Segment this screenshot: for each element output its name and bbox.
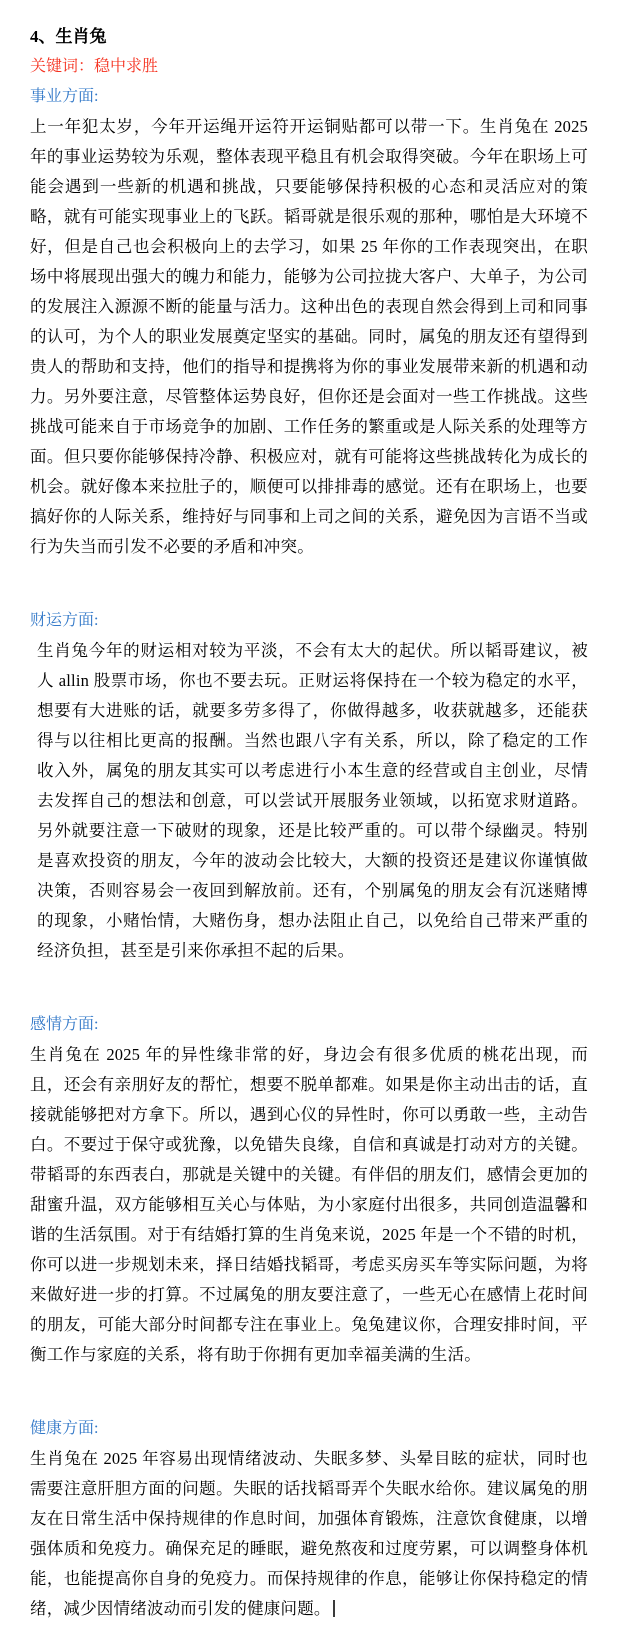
section-health: 健康方面: 生肖兔在 2025 年容易出现情绪波动、失眠多梦、头晕目眩的症状，同… <box>30 1414 588 1624</box>
section-health-heading: 健康方面: <box>30 1414 588 1444</box>
section-wealth-heading: 财运方面: <box>30 606 588 636</box>
section-love: 感情方面: 生肖兔在 2025 年的异性缘非常的好，身边会有很多优质的桃花出现，… <box>30 1010 588 1370</box>
section-wealth-body: 生肖兔今年的财运相对较为平淡，不会有太大的起伏。所以韬哥建议，被人 allin … <box>30 636 588 966</box>
section-health-body: 生肖兔在 2025 年容易出现情绪波动、失眠多梦、头晕目眩的症状，同时也需要注意… <box>30 1449 588 1618</box>
section-wealth: 财运方面: 生肖兔今年的财运相对较为平淡，不会有太大的起伏。所以韬哥建议，被人 … <box>30 606 588 966</box>
section-love-heading: 感情方面: <box>30 1010 588 1040</box>
section-career-body: 上一年犯太岁，今年开运绳开运符开运铜贴都可以带一下。生肖兔在 2025 年的事业… <box>30 112 588 562</box>
text-cursor <box>333 1600 335 1617</box>
section-love-body: 生肖兔在 2025 年的异性缘非常的好，身边会有很多优质的桃花出现，而且，还会有… <box>30 1040 588 1370</box>
document-text-area[interactable]: 4、生肖兔 关键词：稳中求胜 事业方面: 上一年犯太岁，今年开运绳开运符开运铜贴… <box>0 0 618 1638</box>
section-health-body-wrap: 生肖兔在 2025 年容易出现情绪波动、失眠多梦、头晕目眩的症状，同时也需要注意… <box>30 1444 588 1624</box>
page-title: 4、生肖兔 <box>30 22 588 52</box>
section-career-heading: 事业方面: <box>30 82 588 112</box>
section-career: 事业方面: 上一年犯太岁，今年开运绳开运符开运铜贴都可以带一下。生肖兔在 202… <box>30 82 588 562</box>
keyword-line: 关键词：稳中求胜 <box>30 52 588 82</box>
